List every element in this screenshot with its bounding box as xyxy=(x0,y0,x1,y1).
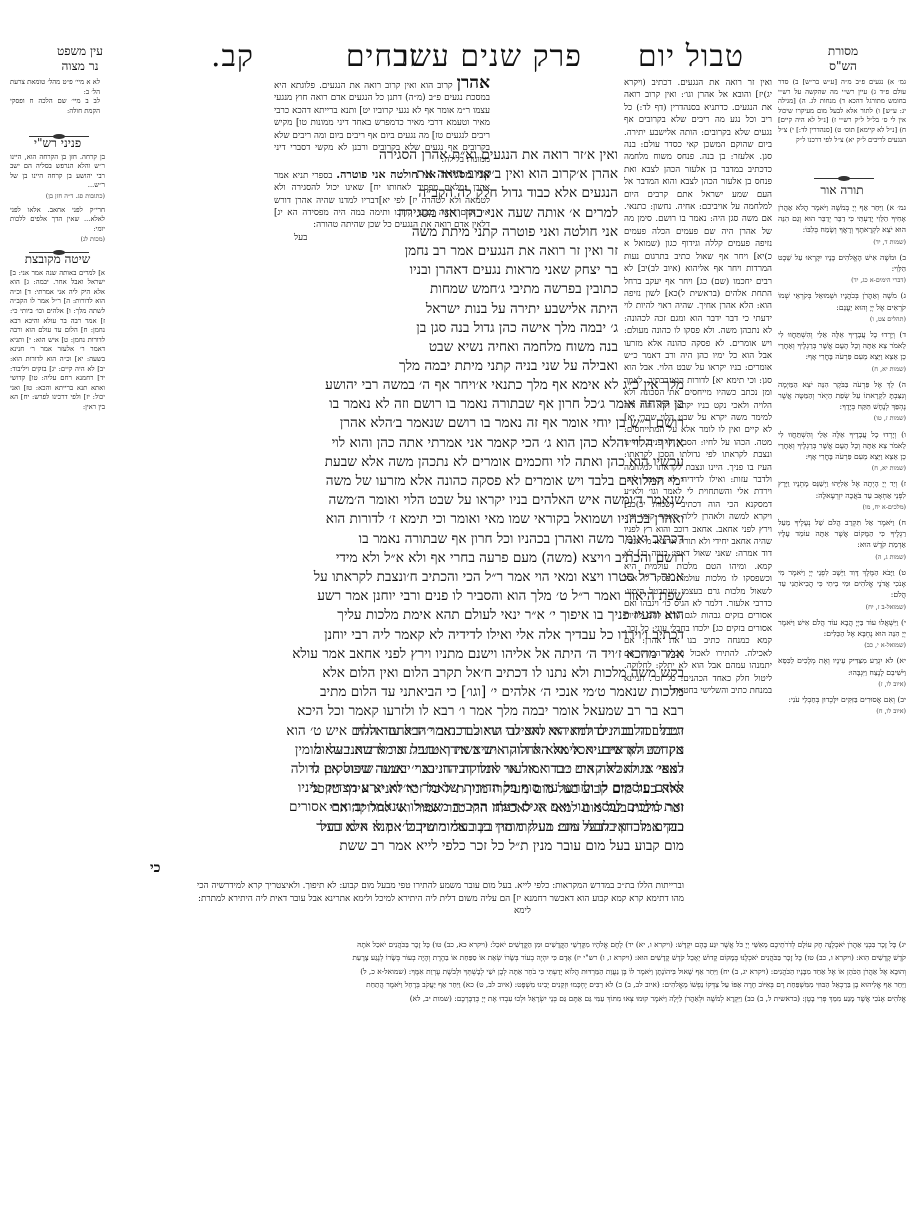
torah-ohr-verse: ד) וְיָרְדוּ כָל עֲבָדֶיךָ אֵלֶּה אֵלַי … xyxy=(778,329,906,375)
tosafot-catchword: בעל xyxy=(294,232,490,244)
ein-mishpat-entry: לב ב מיי׳ שם הלכה ח ופסקי הקמת חולה: xyxy=(10,97,100,116)
gemara-catchword: כי xyxy=(150,860,161,877)
torah-ohr-verse: ז) וְיַד יְיָ הָיְתָה אֶל אֵלִיָּהוּ וַי… xyxy=(778,478,906,513)
daf-number: קב. xyxy=(211,42,254,72)
tosafot-dibbur-2: אני מסגירה אני חולטה אני פוטרה. xyxy=(336,168,490,181)
torah-ohr-verse: ה) לֵךְ אֶל פַּרְעֹה בַּבֹּקֶר הִנֵּה יֹ… xyxy=(778,379,906,425)
torah-ohr-verse: יא) לֹא יִגְרַע מִצַּדִּיק עֵינָיו וְאֶת… xyxy=(778,655,906,690)
shita-mekubetzet-title: שיטה מקובצת xyxy=(10,255,105,265)
torah-ohr-title: תורה אור xyxy=(778,183,906,198)
torah-ohr-verse: י) וַיִּשְׁאֲלוּ עוֹד בַּיְיָ הֲבָא עוֹד… xyxy=(778,617,906,652)
gemara-wide-text-2: יג׳כל זכר בכהנים למאי אי לאכילה הרי כבר … xyxy=(228,722,684,852)
torah-ohr-verse: ט) וַיָּבֹא הַמֶּלֶךְ דָּוִד וַיֵּשֶׁב ל… xyxy=(778,567,906,613)
torah-ohr-column: תורה אור גמ׳ א) וַיִּחַר אַף יְיָ בְּמֹש… xyxy=(778,180,906,870)
torah-ohr-verse: גמ׳ א) וַיִּחַר אַף יְיָ בְּמֹשֶׁה וַיֹּ… xyxy=(778,202,906,248)
masoret-hashas-column: גמ׳ א) נגעים פ״ב מ״ה [ע״ש בר״ש] ב) סדר ע… xyxy=(778,78,906,173)
ein-mishpat-entry: לא א מיי׳ פ״ט מהל׳ טומאת צרעת הל׳ ב: xyxy=(10,78,100,97)
masoret-hashas-label: מסורת הש"ס xyxy=(808,44,878,74)
torah-ohr-verse: יב) וְאִם אֲסוּרִים בַּזִּקִּים יִלָּכְד… xyxy=(778,694,906,717)
shita-mekubetzet-column: שיטה מקובצת א] למרים באותה שנה אמר אני: … xyxy=(10,252,105,422)
tosafot-dibbur-hamatchil: אהרן xyxy=(457,77,490,93)
rashi-bottom-text: וברייתות הללו בת״כ במדרש המקראות: כלפי ל… xyxy=(74,880,684,930)
torah-ohr-footer: יג) כָּל זָכָר בִּבְנֵי אַהֲרֹן יֹאכְלֶנ… xyxy=(146,938,906,1028)
masoret-text: גמ׳ א) נגעים פ״ב מ״ה [ע״ש בר״ש] ב) סדר ע… xyxy=(778,78,906,144)
ein-mishpat-label: עין משפט נר מצוה xyxy=(40,44,120,74)
ein-mishpat-column: לא א מיי׳ פ״ט מהל׳ טומאת צרעת הל׳ ב: לב … xyxy=(10,78,100,128)
masechet-name: זבחים xyxy=(346,42,418,72)
tosafot-column: אהרן קרוב הוא ואין קרוב רואה את הנגעים. … xyxy=(274,77,490,367)
tosafot-text: קרוב הוא ואין קרוב רואה את הנגעים. פלוגת… xyxy=(274,81,490,165)
pninei-rashi-column: פניני רש"י בן קרחה. חזן בן הקרחה הוא, הי… xyxy=(10,136,105,246)
torah-ohr-verse: ח) וַיֹּאמֶר אַל תִּקְרַב הֲלֹם שַׁל נְע… xyxy=(778,517,906,563)
torah-ohr-verse: ב) וּמֹשֶׁה אִישׁ הָאֱלֹהִים בָּנָיו יִק… xyxy=(778,252,906,287)
pninei-rashi-title: פניני רש"י xyxy=(10,139,105,149)
perek-name: טבול יום xyxy=(638,42,744,72)
perek-number: פרק שנים עשר xyxy=(394,42,582,72)
torah-ohr-verse: ג) מֹשֶׁה וְאַהֲרֹן בְּכֹהֲנָיו וּשְׁמוּ… xyxy=(778,290,906,325)
torah-ohr-verse: ו) וְיָרְדוּ כָל עֲבָדֶיךָ אֵלֶּה אֵלַי … xyxy=(778,429,906,475)
